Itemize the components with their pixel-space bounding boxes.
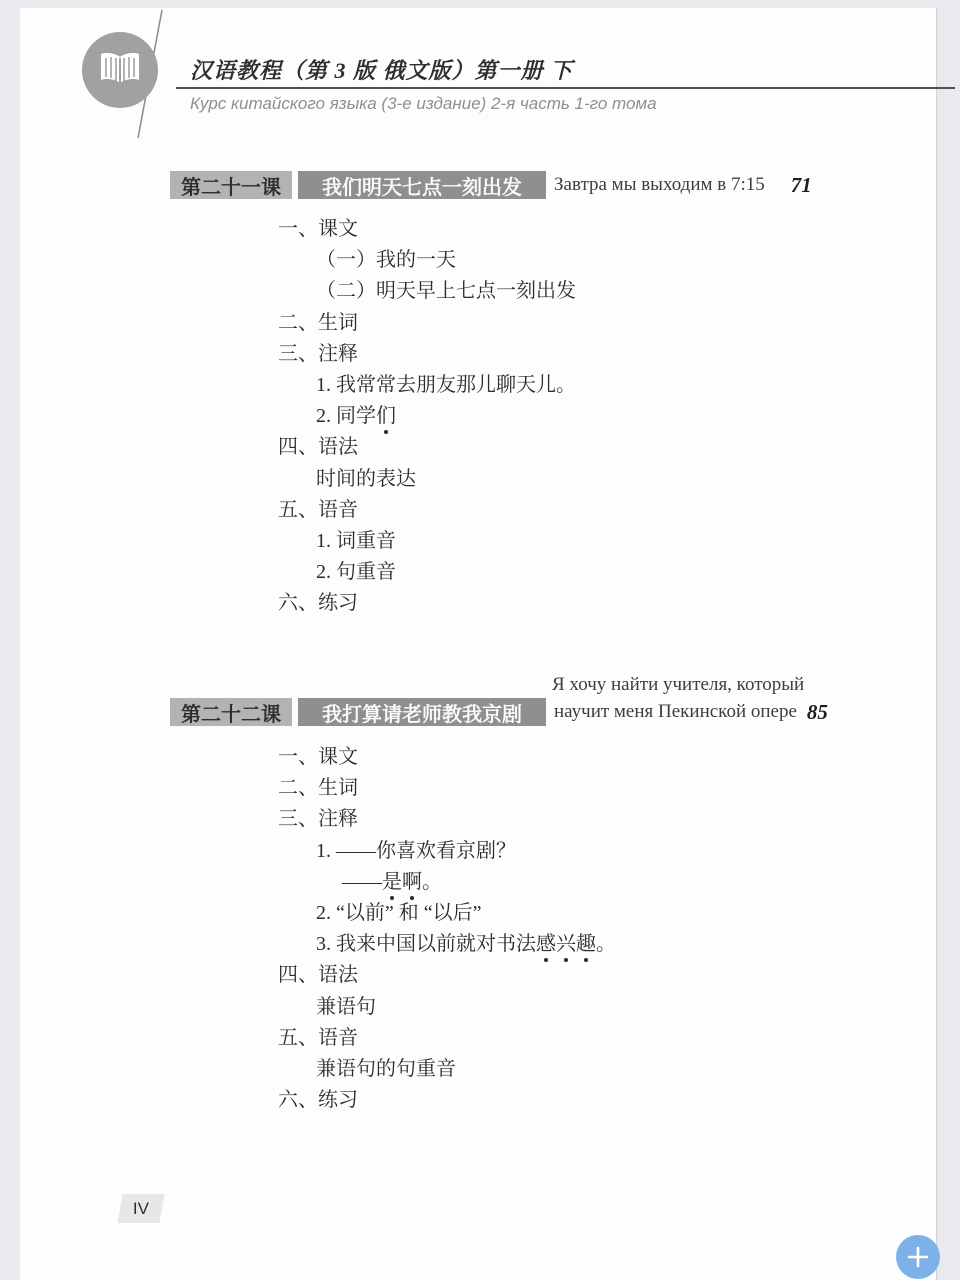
toc-text: 2. 同学: [316, 405, 376, 427]
folio-page-number: IV: [117, 1194, 164, 1223]
toc-line: （二）明天早上七点一刻出发: [170, 276, 870, 307]
toc-line: 五、语音: [170, 495, 870, 526]
viewer-canvas: 汉语教程（第 3 版 俄文版）第一册 下 Курс китайского язы…: [0, 0, 960, 1280]
toc-text: 三、注释: [278, 343, 358, 365]
toc-line: 3. 我来中国以前就对书法感兴趣。: [170, 929, 870, 960]
emphasized-char: 是: [382, 871, 402, 893]
book-page: 汉语教程（第 3 版 俄文版）第一册 下 Курс китайского язы…: [20, 8, 937, 1280]
emphasized-char: 们: [376, 405, 396, 427]
toc-line: 1. ——你喜欢看京剧？: [170, 836, 870, 867]
toc-line: 六、练习: [170, 1085, 870, 1116]
emphasized-char: 啊: [402, 871, 422, 893]
lesson-22-header: 第二十二课 我打算请老师教我京剧 научит меня Пекинской о…: [170, 698, 828, 726]
zoom-in-button[interactable]: [896, 1235, 940, 1279]
lesson-21-header: 第二十一课 我们明天七点一刻出发 Завтра мы выходим в 7:1…: [170, 171, 812, 199]
toc-line: 2. 同学们: [170, 401, 870, 432]
toc-text: 时间的表达: [316, 468, 416, 490]
toc-text: 六、练习: [278, 1089, 358, 1111]
lesson-title-russian-line1: Я хочу найти учителя, который: [552, 674, 804, 696]
toc-text: （二）明天早上七点一刻出发: [316, 280, 576, 302]
plus-icon: [906, 1245, 930, 1269]
toc-text: 四、语法: [278, 964, 358, 986]
toc-text: 一、课文: [278, 746, 358, 768]
toc-line: ——是啊。: [170, 867, 870, 898]
lesson-title-badge: 我打算请老师教我京剧: [298, 698, 546, 726]
toc-text: 兼语句的句重音: [316, 1058, 456, 1080]
toc-text: 1. ——你喜欢看京剧？: [316, 840, 516, 862]
toc-line: 四、语法: [170, 960, 870, 991]
toc-text: 二、生词: [278, 312, 358, 334]
toc-line: 兼语句: [170, 992, 870, 1023]
toc-line: 一、课文: [170, 742, 870, 773]
lesson-number-badge: 第二十二课: [170, 698, 292, 726]
lesson-title-russian-line2: научит меня Пекинской опере: [554, 701, 797, 723]
toc-text: 兼语句: [316, 996, 376, 1018]
toc-line: 四、语法: [170, 432, 870, 463]
toc-text: 2. “以前” 和 “以后”: [316, 902, 482, 924]
lesson-21-contents: 一、课文（一）我的一天（二）明天早上七点一刻出发二、生词三、注释1. 我常常去朋…: [170, 214, 870, 620]
lesson-page-number: 71: [791, 173, 812, 198]
toc-text: 。: [596, 933, 616, 955]
toc-text: 3. 我来中国以前就对书法: [316, 933, 536, 955]
toc-line: 三、注释: [170, 804, 870, 835]
toc-line: 二、生词: [170, 773, 870, 804]
toc-text: 。: [422, 871, 442, 893]
book-title-chinese: 汉语教程（第 3 版 俄文版）第一册 下: [190, 54, 573, 85]
toc-text: （一）我的一天: [316, 249, 456, 271]
toc-text: 1. 我常常去朋友那儿聊天儿。: [316, 374, 576, 396]
toc-line: （一）我的一天: [170, 245, 870, 276]
toc-text: 一、课文: [278, 218, 358, 240]
lesson-22-contents: 一、课文二、生词三、注释1. ——你喜欢看京剧？——是啊。2. “以前” 和 “…: [170, 742, 870, 1116]
book-title-russian: Курс китайского языка (3-е издание) 2-я …: [190, 94, 657, 114]
lesson-title-russian: Завтра мы выходим в 7:15: [554, 174, 765, 196]
lesson-number-badge: 第二十一课: [170, 171, 292, 199]
toc-line: 六、练习: [170, 588, 870, 619]
toc-text: 三、注释: [278, 808, 358, 830]
toc-line: 一、课文: [170, 214, 870, 245]
toc-text: 四、语法: [278, 436, 358, 458]
toc-line: 1. 我常常去朋友那儿聊天儿。: [170, 370, 870, 401]
toc-text: 二、生词: [278, 777, 358, 799]
toc-line: 五、语音: [170, 1023, 870, 1054]
toc-line: 2. “以前” 和 “以后”: [170, 898, 870, 929]
lesson-page-number: 85: [807, 700, 828, 725]
publisher-logo: [82, 32, 158, 108]
toc-text: 五、语音: [278, 499, 358, 521]
open-book-icon: [98, 52, 142, 88]
toc-line: 二、生词: [170, 308, 870, 339]
emphasized-char: 趣: [576, 933, 596, 955]
toc-text: ——: [342, 871, 382, 893]
emphasized-char: 感: [536, 933, 556, 955]
toc-line: 兼语句的句重音: [170, 1054, 870, 1085]
lesson-title-badge: 我们明天七点一刻出发: [298, 171, 546, 199]
toc-text: 1. 词重音: [316, 530, 396, 552]
toc-text: 2. 句重音: [316, 561, 396, 583]
toc-text: 五、语音: [278, 1027, 358, 1049]
folio-label: IV: [133, 1199, 149, 1219]
toc-line: 时间的表达: [170, 464, 870, 495]
toc-line: 2. 句重音: [170, 557, 870, 588]
emphasized-char: 兴: [556, 933, 576, 955]
toc-text: 六、练习: [278, 592, 358, 614]
toc-line: 1. 词重音: [170, 526, 870, 557]
toc-line: 三、注释: [170, 339, 870, 370]
header-rule: [176, 87, 955, 89]
